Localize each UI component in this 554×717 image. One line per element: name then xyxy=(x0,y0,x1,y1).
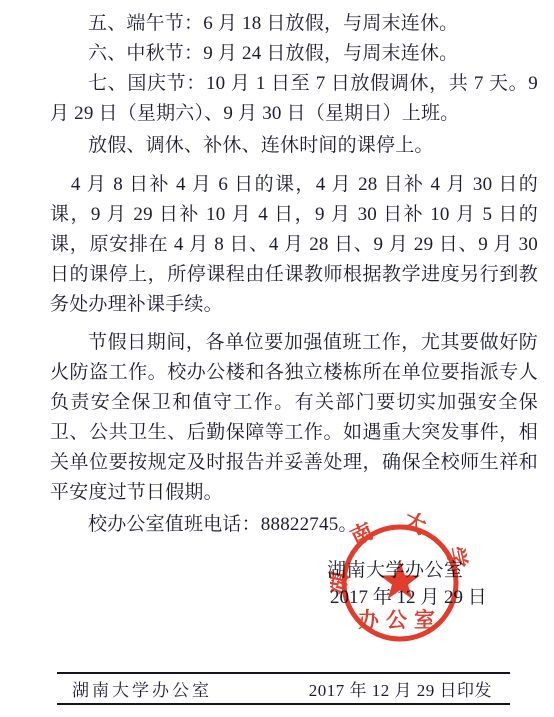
seal-bottom-text: 办公室 xyxy=(358,608,442,632)
paragraph: 五、端午节：6 月 18 日放假，与周末连休。 xyxy=(50,9,538,39)
scanned-notice-page: { "page": { "background": "#ffffff", "in… xyxy=(0,0,554,717)
signature-date: 2017 年 12 月 29 日 xyxy=(330,582,487,609)
paragraph: 节假日期间，各单位要加强值班工作，尤其要做好防火防盗工作。校办公楼和各独立楼栋所… xyxy=(50,328,538,508)
paragraph: 七、国庆节：10 月 1 日至 7 日放假调休，共 7 天。9 月 29 日（星… xyxy=(50,69,538,129)
paragraph: 六、中秋节：9 月 24 日放假，与周末连休。 xyxy=(50,39,538,69)
paragraph: 校办公室值班电话：88822745。 xyxy=(50,510,538,540)
footer-org: 湖南大学办公室 xyxy=(72,676,212,701)
document-body: 五、端午节：6 月 18 日放假，与周末连休。六、中秋节：9 月 24 日放假，… xyxy=(50,9,538,540)
footer-date: 2017 年 12 月 29 日印发 xyxy=(309,676,492,701)
paragraph: 放假、调休、补休、连休时间的课停上。 xyxy=(50,131,538,161)
paragraph: 4 月 8 日补 4 月 6 日的课，4 月 28 日补 4 月 30 日的课，… xyxy=(50,170,538,320)
signature-org: 湖南大学办公室 xyxy=(327,555,464,582)
footer-colophon: 湖南大学办公室 2017 年 12 月 29 日印发 xyxy=(57,672,510,705)
